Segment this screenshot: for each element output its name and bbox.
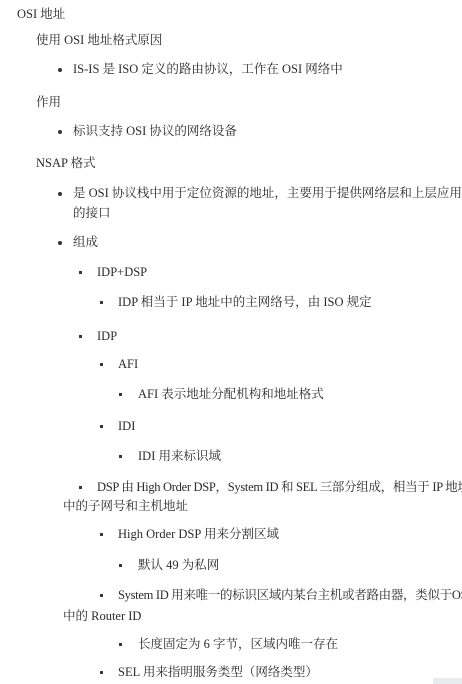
bullet-icon: [119, 564, 122, 567]
item-system-id-line2: 中的 Router ID: [63, 609, 141, 623]
bullet-icon: [119, 393, 122, 396]
item-idi-description: IDI 用来标识域: [138, 449, 221, 463]
item-idp-description: IDP 相当于 IP 地址中的主网络号，由 ISO 规定: [118, 295, 372, 309]
item-system-id-line1: System ID 用来唯一的标识区域内某台主机或者路由器，类似于OSPF: [118, 588, 462, 602]
bullet-icon: [58, 192, 62, 196]
item-high-order-dsp: High Order DSP 用来分割区域: [118, 527, 279, 541]
bullet-icon: [58, 68, 62, 72]
item-composition: 组成: [73, 235, 98, 249]
bullet-icon: [100, 533, 103, 536]
bullet-icon: [79, 335, 82, 338]
bullet-icon: [119, 643, 122, 646]
bullet-icon: [100, 671, 103, 674]
item-identify-osi-devices: 标识支持 OSI 协议的网络设备: [73, 124, 237, 138]
document-page: OSI 地址 使用 OSI 地址格式原因 IS-IS 是 ISO 定义的路由协议…: [0, 0, 462, 684]
item-default-49-private: 默认 49 为私网: [138, 558, 219, 572]
doc-title: OSI 地址: [17, 7, 65, 21]
item-idp: IDP: [97, 329, 117, 343]
bullet-icon: [100, 301, 103, 304]
bottom-right-artifact: [433, 678, 462, 684]
bullet-icon: [58, 241, 62, 245]
bullet-icon: [79, 486, 82, 489]
item-dsp-description-line2: 中的子网号和主机地址: [63, 499, 188, 513]
item-idi: IDI: [118, 419, 135, 433]
section-role: 作用: [36, 95, 61, 109]
item-nsap-definition-line2: 的接口: [73, 206, 111, 220]
item-dsp-description-line1: DSP 由 High Order DSP，System ID 和 SEL 三部分…: [97, 480, 462, 494]
section-nsap-format: NSAP 格式: [36, 156, 96, 170]
item-sel-service-type: SEL 用来指明服务类型（网络类型）: [118, 665, 318, 679]
bullet-icon: [119, 455, 122, 458]
bullet-icon: [79, 271, 82, 274]
item-nsap-definition-line1: 是 OSI 协议栈中用于定位资源的地址，主要用于提供网络层和上层应用之间: [73, 186, 462, 200]
section-usage-reason: 使用 OSI 地址格式原因: [36, 33, 162, 47]
item-idp-dsp: IDP+DSP: [97, 265, 147, 279]
bullet-icon: [100, 425, 103, 428]
bullet-icon: [58, 130, 62, 134]
item-length-6-bytes: 长度固定为 6 字节，区域内唯一存在: [138, 637, 338, 651]
bullet-icon: [100, 363, 103, 366]
item-afi-description: AFI 表示地址分配机构和地址格式: [138, 387, 324, 401]
item-isis-iso-protocol: IS-IS 是 ISO 定义的路由协议，工作在 OSI 网络中: [73, 62, 343, 76]
bullet-icon: [100, 594, 103, 597]
item-afi: AFI: [118, 357, 138, 371]
